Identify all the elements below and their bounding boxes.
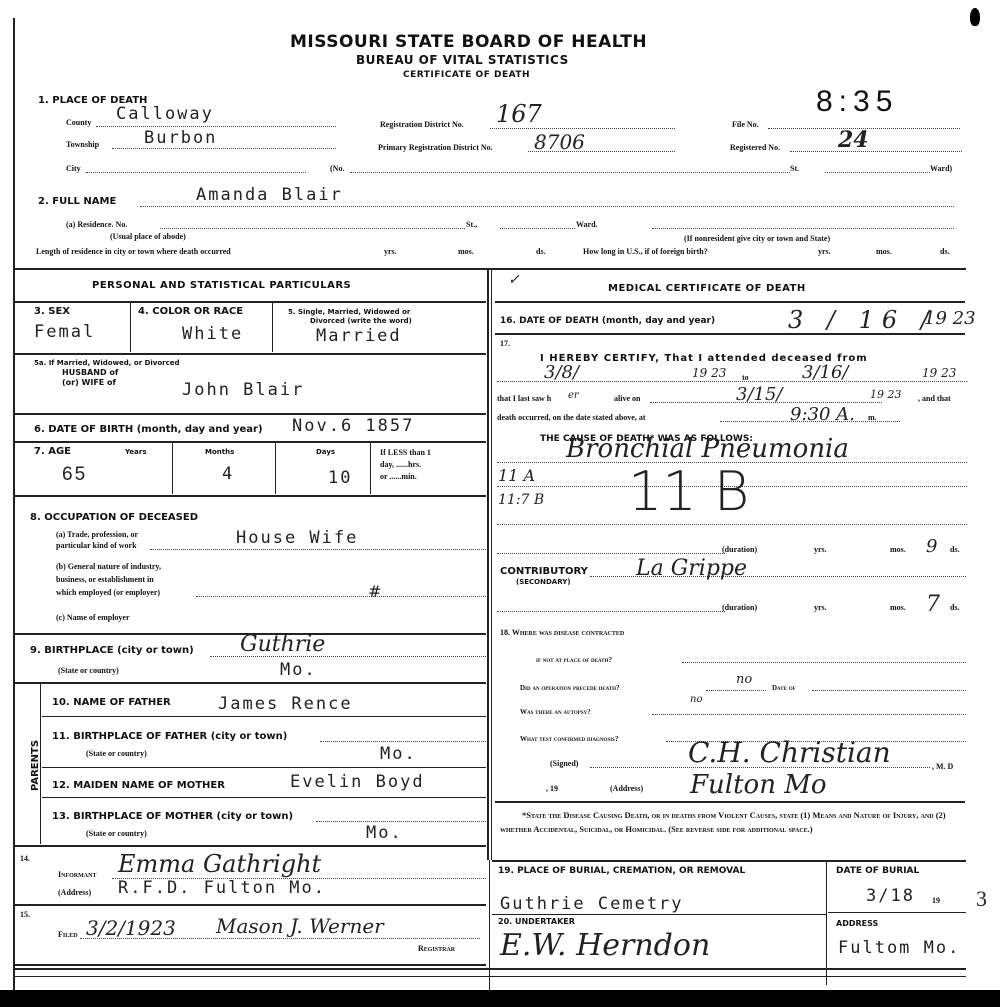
- burial-place-value: Guthrie Cemetry: [500, 894, 684, 914]
- cert-num: 17.: [500, 339, 510, 348]
- divider: [42, 797, 486, 798]
- dod-year: 19 23: [924, 308, 976, 329]
- divider: [14, 413, 486, 415]
- occ-a-label-2: particular kind of work: [56, 541, 137, 550]
- cause-footnote: *State the Disease Causing Death, or in …: [500, 808, 966, 836]
- divider: [492, 860, 966, 862]
- divider: [172, 442, 173, 494]
- us-yrs: yrs.: [818, 247, 831, 256]
- divider: [14, 968, 966, 970]
- occ-a-label-1: (a) Trade, profession, or: [56, 530, 138, 539]
- spouse-label-1: 5a. If Married, Widowed, or Divorced: [34, 359, 180, 367]
- residence-label: (a) Residence. No.: [66, 220, 127, 229]
- corner-mark-icon: [970, 8, 980, 26]
- duration-1-label: (duration): [722, 545, 757, 554]
- cause-code-1: 11 A: [498, 466, 535, 485]
- reg-district-label: Registration District No.: [380, 120, 464, 129]
- father-value: James Rence: [218, 694, 353, 714]
- mother-bp-state-value: Mo.: [366, 823, 403, 843]
- dod-value: 3 / 16 /: [788, 306, 937, 334]
- full-name-label: 2. FULL NAME: [38, 196, 116, 207]
- duration-2-days: 7: [926, 592, 940, 617]
- personal-section-title: PERSONAL AND STATISTICAL PARTICULARS: [92, 280, 351, 291]
- alive-on-value: 3/15/: [736, 384, 783, 405]
- burial-date-label: DATE OF BURIAL: [836, 866, 919, 876]
- physician-address-label: (Address): [610, 784, 643, 793]
- less-label-1: If LESS than 1: [380, 448, 431, 457]
- duration-2-ds: ds.: [950, 603, 960, 612]
- st-label: St.: [790, 164, 799, 173]
- township-value: Burbon: [144, 128, 217, 148]
- if-not-label: if not at place of death?: [536, 656, 612, 664]
- birthplace-state-label: (State or country): [58, 666, 119, 675]
- divider: [14, 904, 486, 906]
- race-value: White: [182, 324, 243, 344]
- divider: [14, 495, 486, 497]
- and-that-label: , and that: [918, 394, 951, 403]
- registrar-signature: Mason J. Werner: [216, 914, 384, 938]
- divider: [14, 976, 966, 977]
- last-saw-pronoun: er: [568, 390, 579, 401]
- divider: [42, 767, 486, 768]
- occurred-label: death occurred, on the date stated above…: [497, 413, 646, 422]
- nonresident-note: (If nonresident give city or town and St…: [684, 234, 830, 243]
- sex-value: Femal: [34, 322, 95, 342]
- informant-label: Informant: [58, 870, 96, 879]
- attended-from-value: 3/8/: [544, 362, 579, 383]
- burial-place-label: 19. PLACE OF BURIAL, CREMATION, OR REMOV…: [498, 866, 745, 876]
- autopsy-label: Was there an autopsy?: [520, 708, 591, 716]
- scan-bottom-edge: [0, 990, 1000, 1007]
- column-divider: [487, 270, 489, 860]
- occ-b-label-2: business, or establishment in: [56, 575, 154, 584]
- marital-label: 5. Single, Married, Widowed or: [288, 308, 410, 316]
- duration-2-label: (duration): [722, 603, 757, 612]
- spouse-label-3: (or) WIFE of: [62, 378, 116, 387]
- age-days-value: 10: [328, 468, 352, 488]
- less-label-2: day, ......hrs.: [380, 460, 421, 469]
- undertaker-address-label: ADDRESS: [836, 919, 878, 928]
- burial-date-year: 3: [976, 886, 989, 912]
- dob-label: 6. DATE OF BIRTH (month, day and year): [34, 424, 263, 435]
- father-bp-label: 11. BIRTHPLACE OF FATHER (city or town): [52, 731, 287, 742]
- physician-signature: C.H. Christian: [688, 736, 891, 769]
- divider: [370, 442, 371, 494]
- divider: [828, 912, 966, 913]
- duration-2-yrs: yrs.: [814, 603, 827, 612]
- divider: [495, 801, 965, 803]
- operation-label: Did an operation precede death?: [520, 684, 620, 692]
- divider: [275, 442, 276, 494]
- us-length-label: How long in U.S., if of foreign birth?: [583, 247, 708, 256]
- undertaker-label: 20. UNDERTAKER: [498, 917, 575, 926]
- filed-date-value: 3/2/1923: [86, 916, 176, 940]
- mother-value: Evelin Boyd: [290, 772, 425, 792]
- reg-district-value: 167: [496, 100, 542, 128]
- age-years-value: 65: [62, 464, 87, 486]
- occ-b-label-1: (b) General nature of industry,: [56, 562, 161, 571]
- length-ds: ds.: [536, 247, 546, 256]
- marital-value: Married: [316, 326, 402, 346]
- attended-from-year: 19 23: [692, 366, 726, 380]
- time-value: 9:30 A.: [790, 404, 855, 425]
- attended-to-value: 3/16/: [802, 362, 849, 383]
- occupation-value: House Wife: [236, 528, 358, 548]
- divider: [14, 964, 486, 966]
- primary-reg-value: 8706: [534, 130, 585, 154]
- mother-label: 12. MAIDEN NAME OF MOTHER: [52, 780, 225, 791]
- age-months-value: 4: [222, 464, 234, 484]
- filed-num: 15.: [20, 910, 30, 919]
- less-label-3: or ......min.: [380, 472, 417, 481]
- duration-1-days: 9: [926, 536, 937, 557]
- attended-to-year: 19 23: [922, 366, 956, 380]
- divider: [272, 302, 273, 352]
- informant-num: 14.: [20, 854, 30, 863]
- length-mos: mos.: [458, 247, 474, 256]
- father-label: 10. NAME OF FATHER: [52, 697, 171, 708]
- registered-no-value: 24: [838, 127, 869, 153]
- occ-b-mark: #: [368, 582, 381, 601]
- last-saw-label: that I last saw h: [497, 394, 551, 403]
- registered-no-label: Registered No.: [730, 143, 780, 152]
- birthplace-state-value: Mo.: [280, 660, 317, 680]
- informant-address-value: R.F.D. Fulton Mo.: [118, 878, 326, 898]
- autopsy-value: no: [690, 694, 702, 705]
- divider: [495, 301, 965, 303]
- cause-code-2: 11:7 B: [498, 492, 544, 508]
- burial-date-19: 19: [932, 896, 940, 905]
- full-name-value: Amanda Blair: [196, 185, 343, 205]
- bureau-subtitle: BUREAU OF VITAL STATISTICS: [356, 53, 569, 67]
- undertaker-value: E.W. Herndon: [500, 928, 710, 963]
- us-ds: ds.: [940, 247, 950, 256]
- birthplace-city-value: Guthrie: [240, 632, 325, 657]
- occ-b-label-3: which employed (or employer): [56, 588, 160, 597]
- date-of-label: Date of: [772, 684, 796, 692]
- usual-abode-note: (Usual place of abode): [110, 232, 186, 241]
- county-value: Calloway: [116, 104, 214, 124]
- township-label: Township: [66, 140, 99, 149]
- divider: [489, 860, 490, 990]
- birthplace-label: 9. BIRTHPLACE (city or town): [30, 645, 194, 656]
- months-label: Months: [205, 448, 234, 456]
- divider: [14, 301, 486, 303]
- m-label: m.: [868, 413, 877, 422]
- primary-reg-label: Primary Registration District No.: [378, 143, 493, 152]
- duration-2-mos: mos.: [890, 603, 906, 612]
- divider: [130, 302, 131, 352]
- us-mos: mos.: [876, 247, 892, 256]
- duration-1-yrs: yrs.: [814, 545, 827, 554]
- divider: [42, 716, 486, 717]
- where-contracted-label: 18. Where was disease contracted: [500, 628, 624, 637]
- no-label: (No.: [330, 164, 344, 173]
- dob-value: Nov.6 1857: [292, 416, 414, 436]
- informant-address-label: (Address): [58, 888, 91, 897]
- spouse-label-2: HUSBAND of: [62, 368, 118, 377]
- mother-bp-label: 13. BIRTHPLACE OF MOTHER (city or town): [52, 811, 293, 822]
- alive-on-year: 19 23: [870, 388, 902, 401]
- check-mark-icon: ✓: [508, 272, 520, 288]
- county-label: County: [66, 118, 91, 127]
- doc-type: CERTIFICATE OF DEATH: [403, 70, 530, 80]
- occ-c-label: (c) Name of employer: [56, 613, 130, 622]
- days-label: Days: [316, 448, 335, 456]
- occupation-label: 8. OCCUPATION OF DECEASED: [30, 512, 198, 523]
- sex-label: 3. SEX: [34, 306, 70, 317]
- divider: [492, 914, 826, 915]
- contributory-value: La Grippe: [636, 556, 747, 581]
- operation-value: no: [736, 672, 752, 687]
- years-label: Years: [125, 448, 147, 456]
- md-label: , M. D: [932, 762, 953, 771]
- ward-label: Ward): [930, 164, 952, 173]
- dod-label: 16. DATE OF DEATH (month, day and year): [500, 316, 715, 326]
- file-no-label: File No.: [732, 120, 759, 129]
- test-label: What test confirmed diagnosis?: [520, 735, 618, 743]
- informant-value: Emma Gathright: [118, 850, 321, 878]
- divider: [495, 333, 965, 335]
- length-yrs: yrs.: [384, 247, 397, 256]
- divider: [14, 441, 486, 443]
- medical-section-title: MEDICAL CERTIFICATE OF DEATH: [608, 283, 806, 294]
- nineteen-label: , 19: [546, 784, 558, 793]
- duration-1-ds: ds.: [950, 545, 960, 554]
- father-bp-state-label: (State or country): [86, 749, 147, 758]
- signed-label: (Signed): [550, 759, 578, 768]
- mother-bp-state-label: (State or country): [86, 829, 147, 838]
- undertaker-address-value: Fultom Mo.: [838, 938, 960, 958]
- stamp-number: 8:35: [816, 85, 898, 119]
- registrar-label: Registrar: [418, 944, 455, 953]
- divider: [14, 353, 486, 355]
- age-label: 7. AGE: [34, 446, 71, 457]
- contributory-label: CONTRIBUTORY: [500, 566, 588, 577]
- burial-date-value: 3/18: [866, 886, 915, 906]
- divider: [14, 268, 966, 270]
- residence-ward-label: Ward.: [576, 220, 598, 229]
- race-label: 4. COLOR OR RACE: [138, 306, 243, 317]
- filed-label: Filed: [58, 930, 78, 939]
- page-title: MISSOURI STATE BOARD OF HEALTH: [290, 32, 647, 52]
- residence-length-label: Length of residence in city or town wher…: [36, 247, 231, 256]
- physician-address-value: Fulton Mo: [690, 770, 827, 800]
- father-bp-state-value: Mo.: [380, 744, 417, 764]
- duration-1-mos: mos.: [890, 545, 906, 554]
- divider: [826, 860, 827, 985]
- attended-to-label: to: [742, 373, 749, 382]
- parents-side-label: PARENTS: [30, 740, 41, 791]
- divider: [14, 682, 486, 684]
- cause-code-big: 11 B: [628, 460, 749, 523]
- secondary-label: (SECONDARY): [516, 578, 570, 586]
- city-label: City: [66, 164, 81, 173]
- spouse-value: John Blair: [182, 380, 304, 400]
- column-divider-inner: [491, 270, 492, 860]
- alive-on-label: alive on: [614, 394, 640, 403]
- marital-label-2: Divorced (write the word): [310, 317, 412, 325]
- divider: [14, 845, 486, 847]
- residence-st-label: St.,: [466, 220, 477, 229]
